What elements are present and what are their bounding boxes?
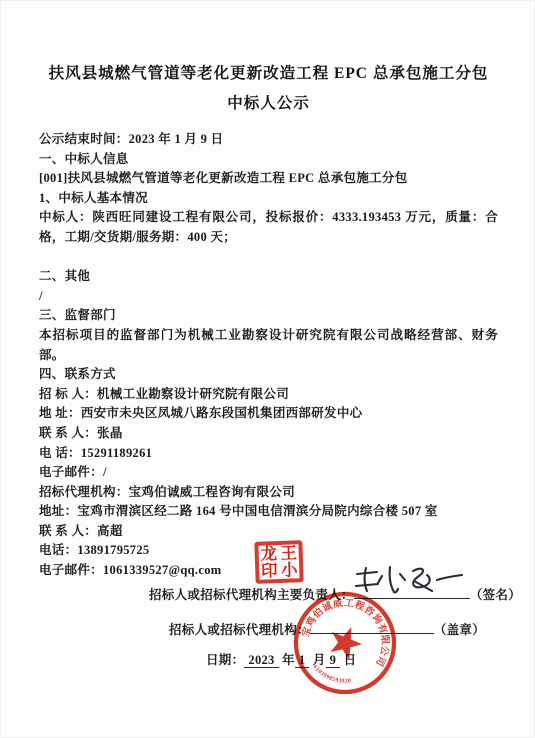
doc-line: 招标代理机构：宝鸡伯诚威工程咨询有限公司 [39,483,498,503]
doc-line: 四、联系方式 [39,365,498,385]
agency-label: 招标人或招标代理机构： [169,623,310,637]
document-page: 扶风县城燃气管道等老化更新改造工程 EPC 总承包施工分包 中标人公示 公示结束… [0,0,535,738]
doc-line: [001]扶风县城燃气管道等老化更新改造工程 EPC 总承包施工分包 [39,169,498,189]
doc-title-line2: 中标人公示 [39,89,498,119]
seal-char: 龙 [258,545,279,563]
document-content: 扶风县城燃气管道等老化更新改造工程 EPC 总承包施工分包 中标人公示 公示结束… [39,59,498,581]
doc-body: 公示结束时间：2023 年 1 月 9 日一、中标人信息[001]扶风县城燃气管… [39,130,498,581]
seal-star-icon [325,621,367,662]
doc-line: 三、监督部门 [39,306,498,326]
doc-line: 公示结束时间：2023 年 1 月 9 日 [39,130,498,150]
seal-code: 6103990593920 [309,663,353,690]
date-year: 2023 [244,653,278,668]
doc-line: 电 话：15291189261 [39,444,498,464]
doc-line: 一、中标人信息 [39,150,498,170]
personal-name-seal: 龙 王 印 小 [254,540,303,584]
sign-suffix: （签名） [470,588,521,602]
doc-line: 中标人：陕西旺同建设工程有限公司，投标报价：4333.193453 万元，质量：… [39,208,498,247]
doc-line: / [39,287,498,307]
stamp-suffix: （盖章） [434,623,485,637]
doc-line: 联 系 人：高超 [39,522,498,542]
doc-line: 联 系 人：张晶 [39,424,498,444]
seal-char: 小 [279,561,300,579]
doc-title-line1: 扶风县城燃气管道等老化更新改造工程 EPC 总承包施工分包 [39,59,498,89]
doc-line [39,248,498,268]
handwritten-signature: 王小龙 [353,563,465,597]
doc-line: 1、中标人基本情况 [39,189,498,209]
doc-line: 电子邮件：/ [39,463,498,483]
doc-line: 地址：宝鸡市渭滨区经二路 164 号中国电信渭滨分局院内综合楼 507 室 [39,502,498,522]
seal-char: 王 [278,544,299,562]
doc-line: 地 址：西安市未央区凤城八路东段国机集团西部研发中心 [39,404,498,424]
date-prefix: 日期： [206,653,244,667]
doc-line: 招 标 人：机械工业勘察设计研究院有限公司 [39,385,498,405]
doc-line: 二、其他 [39,267,498,287]
doc-line: 本招标项目的监督部门为机械工业勘察设计研究院有限公司战略经营部、财务部。 [39,326,498,365]
seal-char: 印 [259,562,280,580]
